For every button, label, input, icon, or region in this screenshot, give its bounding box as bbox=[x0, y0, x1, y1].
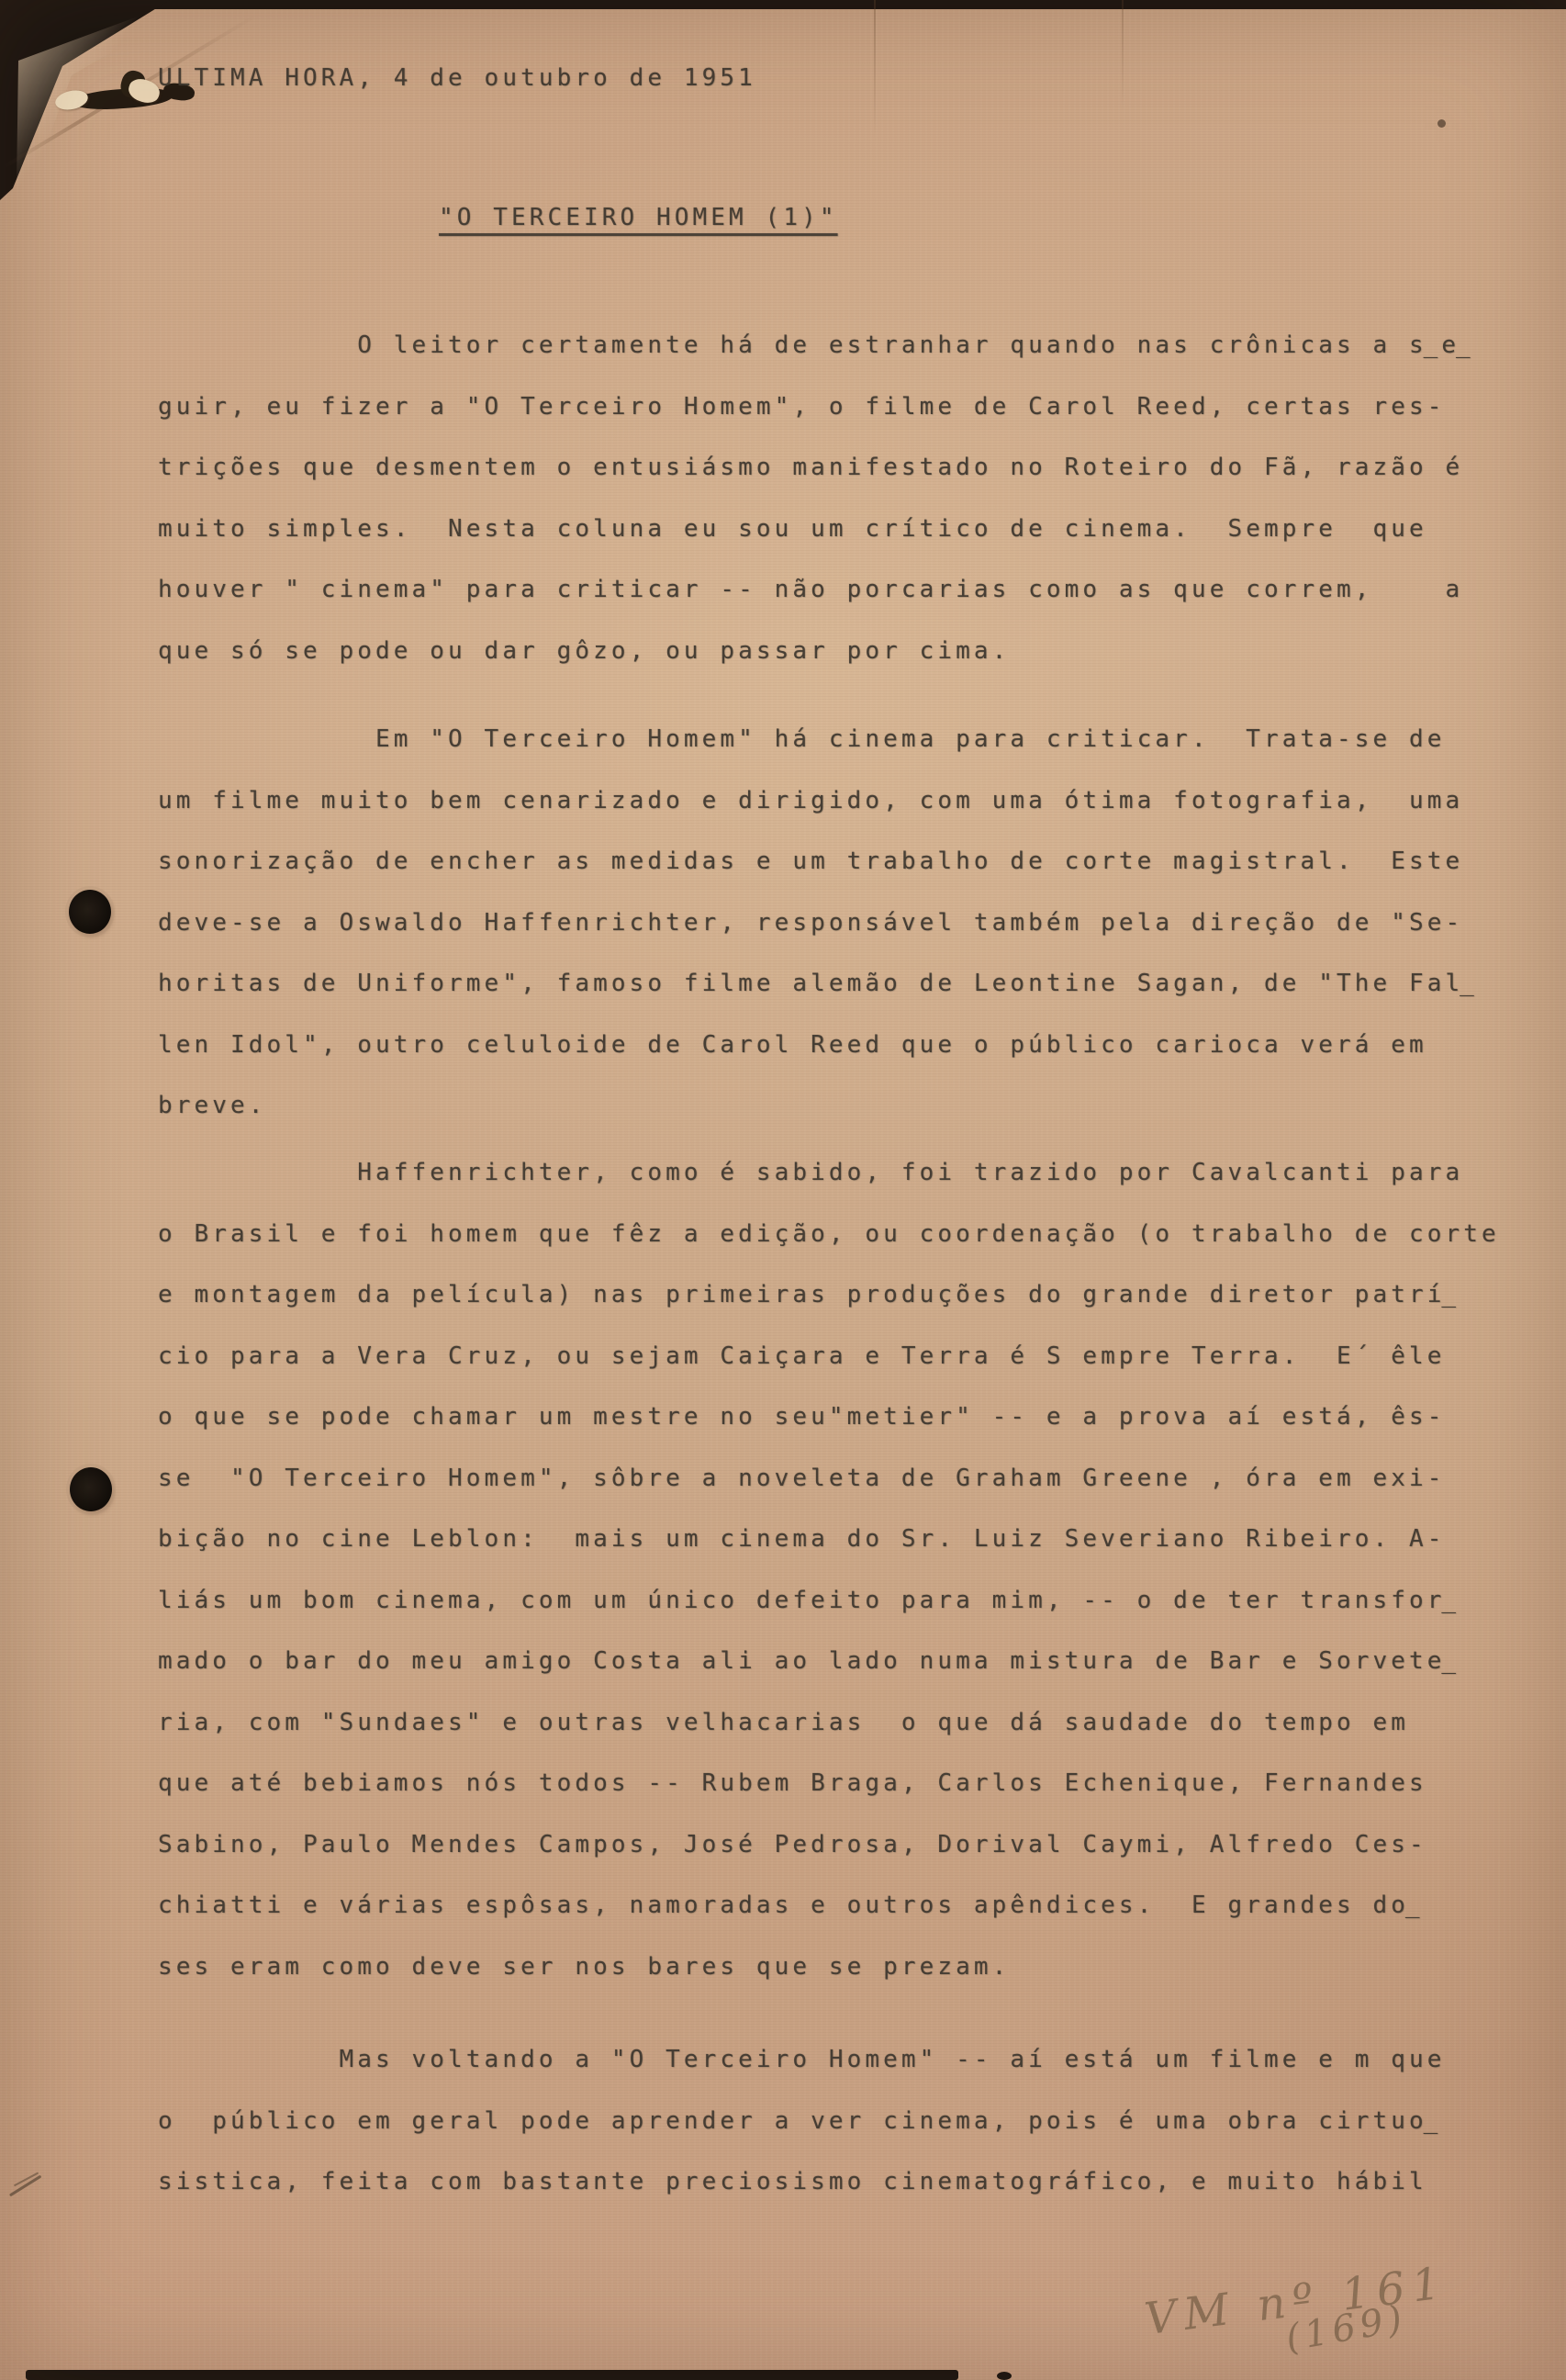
vertical-crease bbox=[874, 0, 876, 138]
paragraph-2: Em "O Terceiro Homem" há cinema para cri… bbox=[158, 709, 1478, 1137]
scan-edge-top bbox=[0, 0, 1566, 9]
scanned-document-page: ULTIMA HORA, 4 de outubro de 1951 "O TER… bbox=[0, 0, 1566, 2380]
scan-edge-bottom bbox=[26, 2370, 958, 2380]
ink-speck bbox=[1437, 119, 1446, 128]
torn-paper-patch bbox=[53, 87, 89, 112]
paragraph-4: Mas voltando a "O Terceiro Homem" -- aí … bbox=[158, 2029, 1446, 2213]
punch-hole-top bbox=[69, 890, 111, 934]
article-title: "O TERCEIRO HOMEM (1)" bbox=[439, 204, 838, 231]
vertical-crease bbox=[1122, 0, 1124, 110]
pencil-tick-mark bbox=[3, 2168, 54, 2205]
punch-hole-bottom bbox=[70, 1467, 112, 1511]
paragraph-3: Haffenrichter, como é sabido, foi trazid… bbox=[158, 1142, 1500, 1997]
scan-edge-speck bbox=[997, 2372, 1012, 2380]
paragraph-1: O leitor certamente há de estranhar quan… bbox=[158, 315, 1474, 681]
handwritten-note: VM nº 161 (169) bbox=[1142, 2257, 1453, 2373]
document-header: ULTIMA HORA, 4 de outubro de 1951 bbox=[158, 64, 756, 92]
